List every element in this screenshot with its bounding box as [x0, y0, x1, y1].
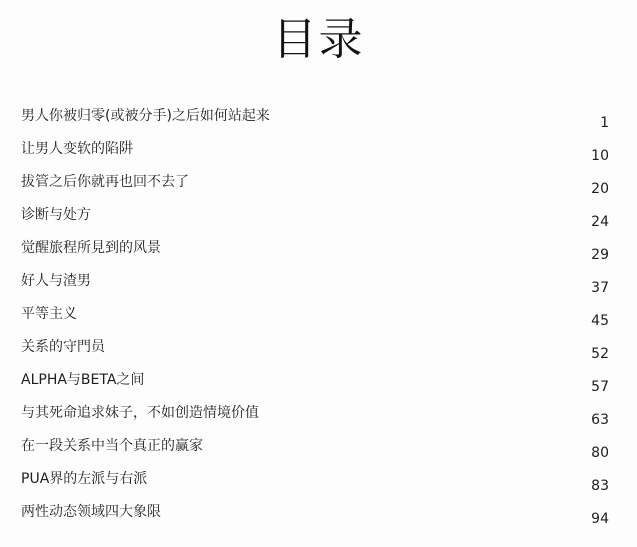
toc-entry[interactable]: 平等主义 45: [0, 302, 637, 335]
toc-entry[interactable]: ALPHA与BETA之间 57: [0, 368, 637, 401]
toc-entry-title: 让男人变软的陷阱: [21, 139, 133, 159]
toc-entry-page-number: 45: [591, 311, 609, 331]
toc-entry[interactable]: 好人与渣男 37: [0, 269, 637, 302]
toc-entry[interactable]: 诊断与处方 24: [0, 203, 637, 236]
toc-entry[interactable]: 在一段关系中当个真正的赢家 80: [0, 434, 637, 467]
toc-entry-title: 与其死命追求妹子，不如创造情境价值: [21, 403, 259, 423]
toc-entry-page-number: 52: [591, 344, 609, 364]
toc-entry-title: 男人你被归零(或被分手)之后如何站起来: [21, 106, 270, 126]
toc-entry[interactable]: 关系的守門员 52: [0, 335, 637, 368]
toc-entry-page-number: 83: [591, 476, 609, 496]
toc-entry[interactable]: 拔管之后你就再也回不去了 20: [0, 170, 637, 203]
toc-entry-page-number: 20: [591, 179, 609, 199]
toc-entry[interactable]: 两性动态领域四大象限 94: [0, 500, 637, 533]
toc-entry-page-number: 57: [591, 377, 609, 397]
toc-entry-title: 拔管之后你就再也回不去了: [21, 172, 189, 192]
toc-entry-title: 觉醒旅程所見到的风景: [21, 238, 161, 258]
toc-entry-page-number: 94: [591, 509, 609, 529]
toc-entry-page-number: 37: [591, 278, 609, 298]
toc-entry[interactable]: PUA界的左派与右派 83: [0, 467, 637, 500]
page-title: 目录: [0, 12, 637, 68]
toc-entry-title: PUA界的左派与右派: [21, 469, 147, 489]
toc-entry-page-number: 10: [591, 146, 609, 166]
table-of-contents: 男人你被归零(或被分手)之后如何站起来 1 让男人变软的陷阱 10 拔管之后你就…: [0, 104, 637, 533]
toc-entry-page-number: 63: [591, 410, 609, 430]
toc-entry-title: 两性动态领域四大象限: [21, 502, 161, 522]
toc-entry-title: 关系的守門员: [21, 337, 105, 357]
toc-entry[interactable]: 觉醒旅程所見到的风景 29: [0, 236, 637, 269]
toc-entry-title: 好人与渣男: [21, 271, 91, 291]
toc-entry-page-number: 1: [600, 113, 609, 133]
toc-entry-title: 平等主义: [21, 304, 77, 324]
toc-entry[interactable]: 让男人变软的陷阱 10: [0, 137, 637, 170]
toc-entry-page-number: 80: [591, 443, 609, 463]
toc-entry-page-number: 24: [591, 212, 609, 232]
toc-entry-title: 诊断与处方: [21, 205, 91, 225]
toc-entry-page-number: 29: [591, 245, 609, 265]
toc-entry[interactable]: 与其死命追求妹子，不如创造情境价值 63: [0, 401, 637, 434]
toc-entry-title: ALPHA与BETA之间: [21, 370, 144, 390]
toc-entry-title: 在一段关系中当个真正的赢家: [21, 436, 203, 456]
toc-entry[interactable]: 男人你被归零(或被分手)之后如何站起来 1: [0, 104, 637, 137]
